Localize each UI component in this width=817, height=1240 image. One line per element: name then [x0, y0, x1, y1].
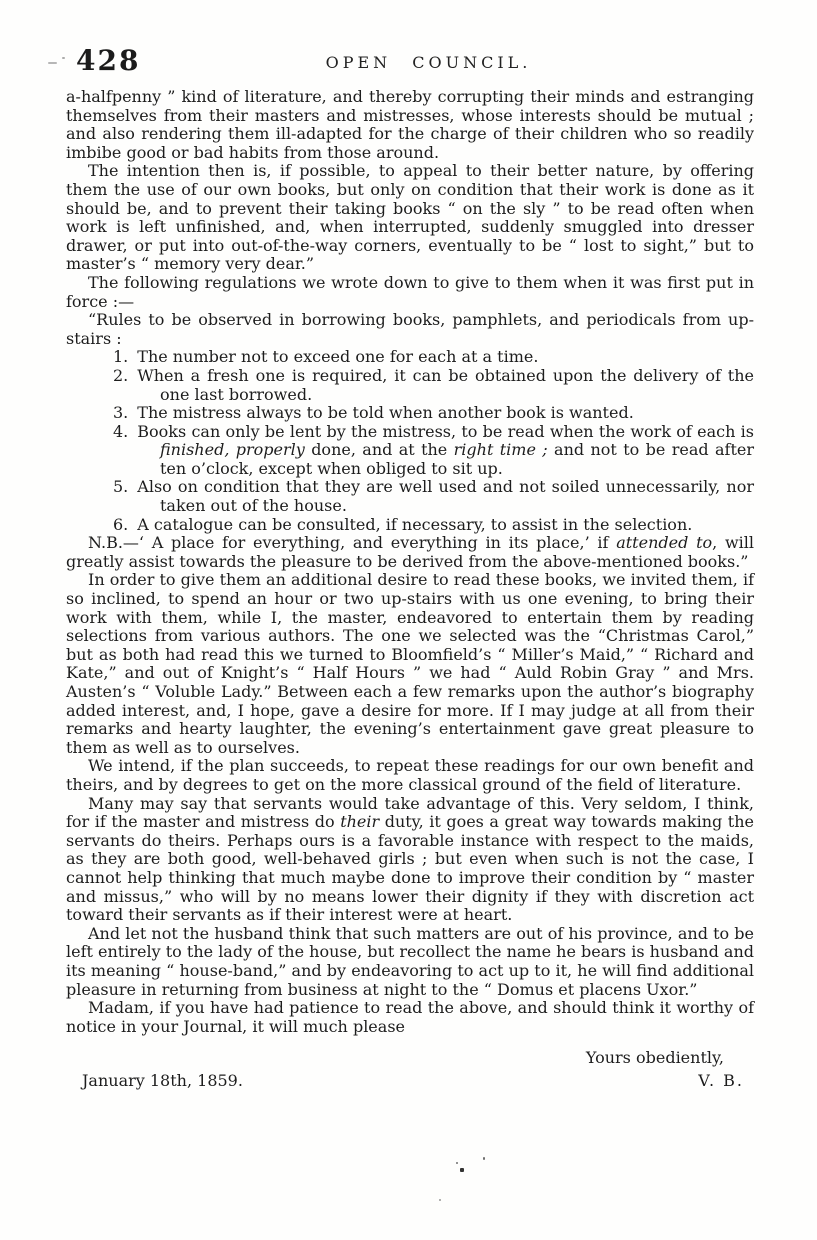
paragraph: The following regulations we wrote down …	[66, 274, 754, 311]
valediction: Yours obediently,	[66, 1049, 754, 1068]
text-segment: The intention then is, if possible, to a…	[66, 161, 754, 273]
date-line: January 18th, 1859.	[66, 1072, 243, 1091]
paragraph: N.B.—‘ A place for everything, and every…	[66, 534, 754, 571]
text-segment: Books can only be lent by the mistress, …	[137, 422, 754, 441]
text-segment: A catalogue can be consulted, if necessa…	[137, 515, 692, 534]
paragraph: “Rules to be observed in borrowing books…	[66, 311, 754, 348]
rules-list: 1.The number not to exceed one for each …	[66, 348, 754, 534]
signature: V. B.	[698, 1072, 754, 1091]
text-segment: “Rules to be observed in borrowing books…	[66, 310, 754, 348]
rule-item: 5.Also on condition that they are well u…	[160, 478, 754, 515]
paragraph: In order to give them an additional desi…	[66, 571, 754, 757]
italic-text: attended to	[616, 533, 712, 552]
ink-speck	[456, 1162, 458, 1164]
text-segment: N.B.—‘ A place for everything, and every…	[88, 533, 616, 552]
paragraph: Madam, if you have had patience to read …	[66, 999, 754, 1036]
rule-item: 3.The mistress always to be told when an…	[160, 404, 754, 423]
page-header-title: OPEN COUNCIL.	[0, 53, 817, 72]
text-segment: done, and at the	[305, 440, 454, 459]
text-segment: Madam, if you have had patience to read …	[66, 998, 754, 1036]
ink-speck	[460, 1168, 464, 1172]
text-segment: The mistress always to be told when anot…	[137, 403, 634, 422]
paragraph: Many may say that servants would take ad…	[66, 795, 754, 925]
paragraph: And let not the husband think that such …	[66, 925, 754, 999]
paragraph: a-halfpenny ” kind of literature, and th…	[66, 88, 754, 162]
rule-number: 6.	[113, 515, 137, 534]
rule-number: 2.	[113, 366, 137, 385]
italic-text: properly	[236, 440, 305, 459]
italic-text: finished,	[160, 440, 229, 459]
text-segment: And let not the husband think that such …	[66, 924, 754, 999]
text-segment: When a fresh one is required, it can be …	[137, 366, 754, 404]
italic-text: right time ;	[454, 440, 548, 459]
signature-row: January 18th, 1859.V. B.	[66, 1072, 754, 1091]
ink-speck	[483, 1157, 485, 1160]
text-segment: The number not to exceed one for each at…	[137, 347, 538, 366]
italic-text: their	[340, 812, 379, 831]
rule-number: 3.	[113, 403, 137, 422]
rule-item: 1.The number not to exceed one for each …	[160, 348, 754, 367]
text-segment: The following regulations we wrote down …	[66, 273, 754, 311]
ink-speck	[48, 62, 57, 64]
paragraph: The intention then is, if possible, to a…	[66, 162, 754, 274]
ink-speck	[439, 1199, 441, 1201]
text-segment: In order to give them an additional desi…	[66, 570, 754, 756]
article-body: a-halfpenny ” kind of literature, and th…	[66, 88, 754, 1090]
document-page: 428 OPEN COUNCIL. a-halfpenny ” kind of …	[0, 0, 817, 1240]
text-segment: We intend, if the plan succeeds, to repe…	[66, 756, 754, 794]
paragraph: We intend, if the plan succeeds, to repe…	[66, 757, 754, 794]
rule-item: 4.Books can only be lent by the mistress…	[160, 423, 754, 479]
rule-number: 5.	[113, 477, 137, 496]
text-segment: Also on condition that they are well use…	[137, 477, 754, 515]
rule-item: 2.When a fresh one is required, it can b…	[160, 367, 754, 404]
rule-number: 4.	[113, 422, 137, 441]
text-segment: a-halfpenny ” kind of literature, and th…	[66, 87, 754, 162]
ink-speck	[62, 57, 65, 59]
rule-number: 1.	[113, 347, 137, 366]
rule-item: 6.A catalogue can be consulted, if neces…	[160, 516, 754, 535]
